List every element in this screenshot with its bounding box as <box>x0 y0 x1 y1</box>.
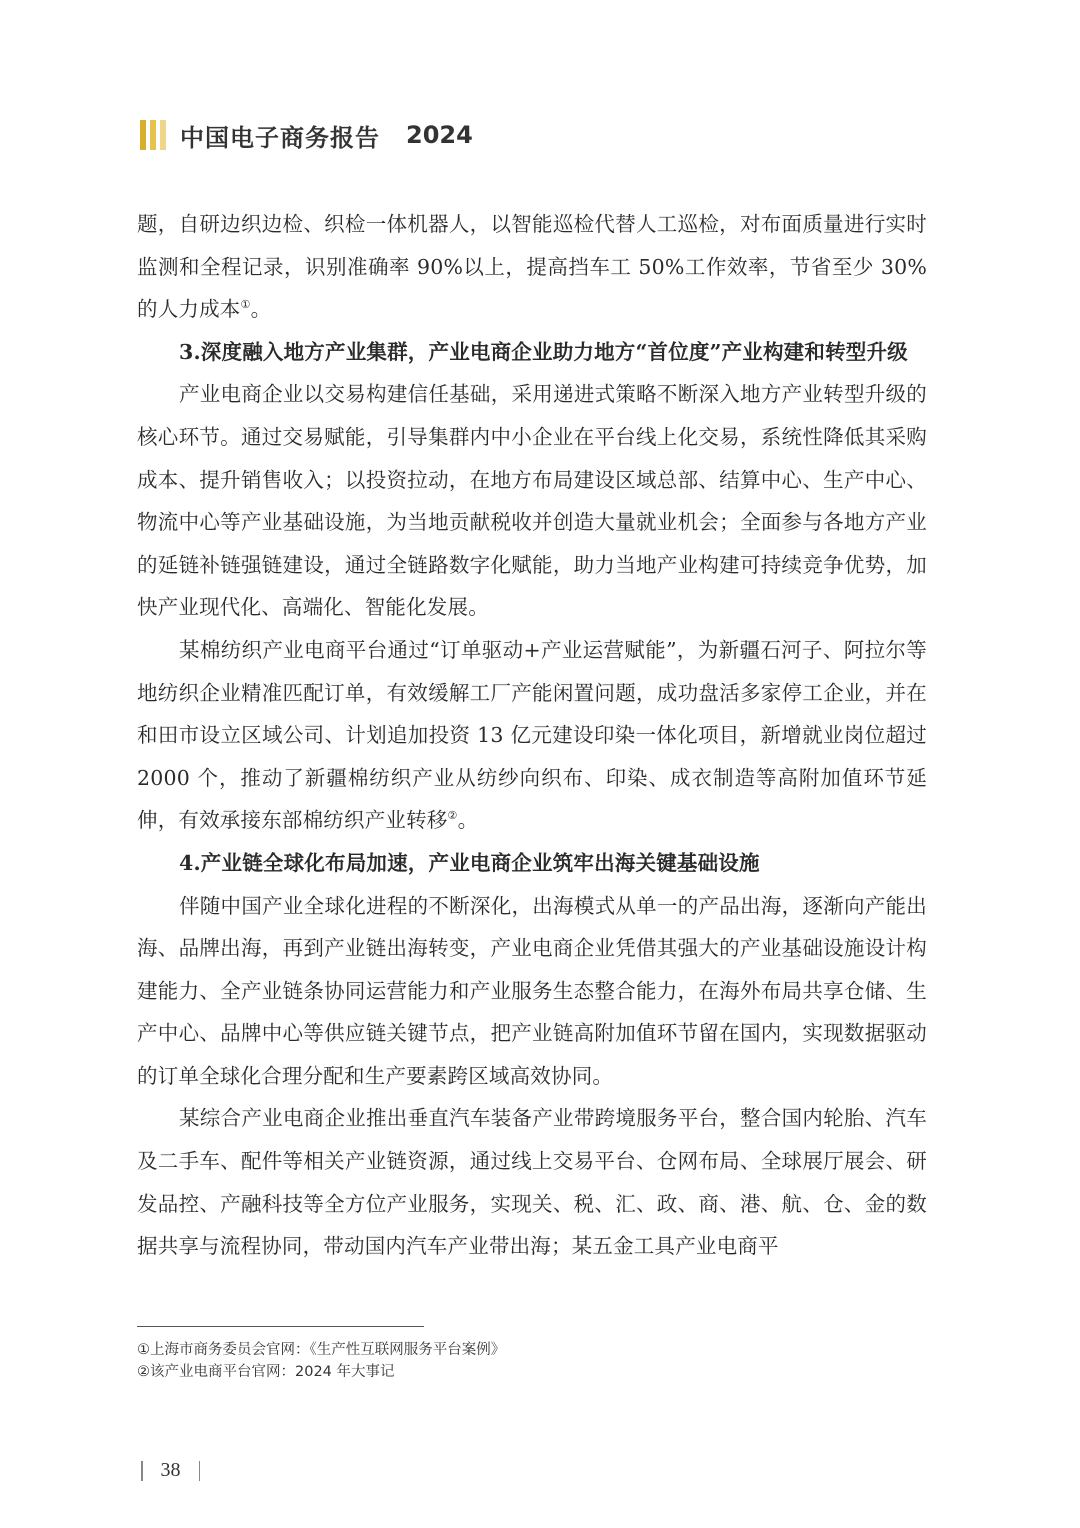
paragraph-auto-case: 某综合产业电商企业推出垂直汽车装备产业带跨境服务平台，整合国内轮胎、汽车及二手车… <box>137 1097 927 1267</box>
footnote-2: ②该产业电商平台官网：2024 年大事记 <box>137 1361 505 1383</box>
divider <box>199 1461 201 1481</box>
paragraph-text: 某棉纺织产业电商平台通过“订单驱动+产业运营赋能”，为新疆石河子、阿拉尔等地纺织… <box>137 638 927 832</box>
accent-bars-icon <box>140 120 166 150</box>
accent-bar <box>140 120 146 150</box>
footnote-ref-2[interactable]: ② <box>448 809 458 822</box>
footnote-ref-1[interactable]: ① <box>241 298 251 311</box>
section-heading-4: 4.产业链全球化布局加速，产业电商企业筑牢出海关键基础设施 <box>137 842 927 885</box>
paragraph-continuation: 题，自研边织边检、织检一体机器人，以智能巡检代替人工巡检，对布面质量进行实时监测… <box>137 203 927 331</box>
report-year: 2024 <box>406 121 473 149</box>
footnote-1: ①上海市商务委员会官网：《生产性互联网服务平台案例》 <box>137 1339 505 1361</box>
report-title: 中国电子商务报告 <box>180 118 380 153</box>
divider <box>141 1461 143 1481</box>
body-content: 题，自研边织边检、织检一体机器人，以智能巡检代替人工巡检，对布面质量进行实时监测… <box>137 203 927 1268</box>
paragraph-industry-clusters: 产业电商企业以交易构建信任基础，采用递进式策略不断深入地方产业转型升级的核心环节… <box>137 373 927 629</box>
paragraph-tail: 。 <box>458 808 479 832</box>
page-number-value: 38 <box>161 1459 181 1482</box>
paragraph-cotton-case: 某棉纺织产业电商平台通过“订单驱动+产业运营赋能”，为新疆石河子、阿拉尔等地纺织… <box>137 629 927 842</box>
paragraph-globalization: 伴随中国产业全球化进程的不断深化，出海模式从单一的产品出海，逐渐向产能出海、品牌… <box>137 885 927 1098</box>
accent-bar <box>160 120 166 150</box>
page-header: 中国电子商务报告 2024 <box>140 118 473 152</box>
footnote-divider <box>137 1326 424 1327</box>
paragraph-tail: 。 <box>251 297 272 321</box>
page-number: 38 <box>141 1459 200 1482</box>
footnotes: ①上海市商务委员会官网：《生产性互联网服务平台案例》 ②该产业电商平台官网：20… <box>137 1339 505 1383</box>
accent-bar <box>150 120 156 150</box>
section-heading-3: 3.深度融入地方产业集群，产业电商企业助力地方“首位度”产业构建和转型升级 <box>137 331 927 374</box>
